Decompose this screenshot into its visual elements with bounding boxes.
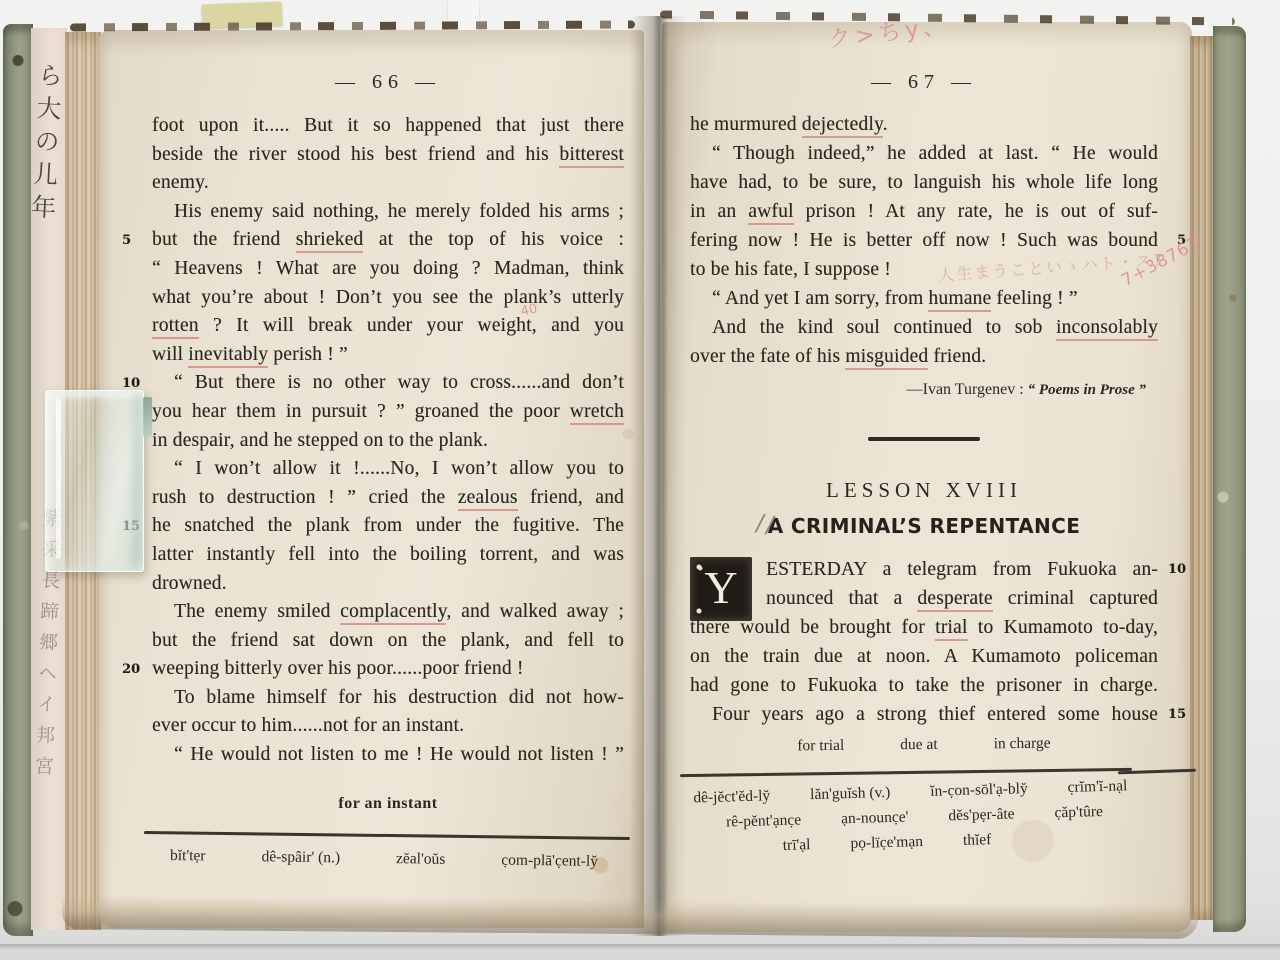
text-line: And the kind soul continued to sob incon…: [690, 313, 1158, 342]
margin-line-number: 20: [122, 663, 140, 676]
text-line: To blame himself for his destruction did…: [152, 684, 624, 713]
book-cover-right-edge: [1213, 26, 1246, 932]
vocab-word: pọ-lïc̣e'mạn: [850, 832, 923, 854]
section-divider: [868, 437, 980, 441]
vocab-word: bĭt'tẹr: [170, 846, 206, 866]
lesson-paragraph: Y ESTERDAY a telegram from Fukuoka an-10…: [690, 555, 1158, 729]
page-66-text: foot upon it..... But it so happened tha…: [152, 112, 624, 770]
red-underlined-word: inevitably: [188, 344, 268, 368]
margin-line-number: 10: [1168, 563, 1186, 576]
margin-line-number: 10: [122, 377, 140, 390]
text-line: fering now ! He is better off now ! Such…: [690, 226, 1158, 255]
page-66-content: — 66 — foot upon it..... But it so happe…: [152, 70, 624, 869]
red-underlined-word: rotten: [152, 315, 199, 339]
text-line: “ He would not listen to me ! He would n…: [152, 741, 624, 770]
page-67-content: — 67 — he murmured dejectedly.“ Though i…: [690, 70, 1158, 852]
vocab-word: thĭef: [963, 830, 992, 851]
red-underlined-word: zealous: [458, 487, 518, 511]
vocab-word: rê-pĕnt'ạnc̣e: [726, 810, 802, 832]
text-line: The enemy smiled complacently, and walke…: [152, 598, 624, 627]
text-line: Four years ago a strong thief entered so…: [690, 700, 1158, 729]
text-line: His enemy said nothing, he merely folded…: [152, 198, 624, 227]
table-shadow: [0, 944, 1280, 950]
text-line: but the friend shrieked at the top of hi…: [152, 226, 624, 255]
vocab-word: c̣rĭm'ĭ-nạl: [1067, 776, 1127, 798]
phrase-list: for trialdue atin charge: [690, 732, 1158, 757]
margin-line-number: 5: [122, 234, 131, 247]
lesson-label: LESSON XVIII: [690, 477, 1158, 503]
vocab-word: zĕal'oŭs: [396, 849, 446, 870]
page-67-number: — 67 —: [690, 70, 1158, 94]
text-line: latter instantly fell into the boiling t…: [152, 541, 624, 570]
text-line: “ I won’t allow it !......No, I won’t al…: [152, 455, 624, 484]
lesson-title: //A CRIMINAL’S REPENTANCE: [690, 513, 1158, 539]
text-line: over the fate of his misguided friend.: [690, 342, 1158, 371]
text-line: enemy.: [152, 169, 624, 198]
vocab-word: lăn'guĭsh (v.): [810, 782, 891, 804]
red-underlined-word: humane: [928, 288, 991, 312]
page-67-text: he murmured dejectedly.“ Though indeed,”…: [690, 110, 1158, 371]
text-line: had gone to Fukuoka to take the prisoner…: [690, 671, 1158, 700]
red-underlined-word: misguided: [845, 346, 928, 370]
red-underlined-word: trial: [935, 617, 967, 641]
text-line: what you’re about ! Don’t you see the pl…: [152, 284, 624, 313]
text-line: there would be brought for trial to Kuma…: [690, 613, 1158, 642]
text-line: nounced that a desperate criminal captur…: [690, 584, 1158, 613]
text-line: in despair, and he stepped on to the pla…: [152, 427, 624, 456]
lesson-text: ESTERDAY a telegram from Fukuoka an-10no…: [690, 555, 1158, 729]
text-line: drowned.: [152, 570, 624, 599]
text-line: will inevitably perish ! ”: [152, 341, 624, 370]
attribution-work-title: “ Poems in Prose ”: [1028, 382, 1146, 398]
text-line: but the friend sat down on the plank, an…: [152, 627, 624, 656]
glass-block: [45, 390, 144, 572]
text-line: he murmured dejectedly.: [690, 110, 1158, 139]
vocab-word: in charge: [994, 733, 1051, 754]
footnote-rule: [680, 767, 1132, 776]
vocab-word: ĭn-c̣on-sōl'ạ-bly̆: [930, 779, 1028, 802]
vocab-word: trī'ạl: [782, 835, 810, 856]
book-gutter: [630, 16, 686, 936]
vocab-word: dĕs'pẹr-âte: [948, 804, 1015, 826]
vocab-word: dê-jĕct'ĕd-ly̆: [693, 786, 770, 808]
text-line: rush to destruction ! ” cried the zealou…: [152, 484, 624, 513]
right-fore-edge-pages: [1190, 36, 1214, 920]
pencil-slashes-mark: //: [754, 509, 778, 538]
vocab-row: bĭt'tẹrdê-spâir' (n.)zĕal'oŭsc̣om-plā'c̣…: [152, 845, 624, 872]
book-photo: — 66 — foot upon it..... But it so happe…: [0, 0, 1280, 960]
vocab-word: dê-spâir' (n.): [261, 847, 340, 868]
text-line: “ But there is no other way to cross....…: [152, 369, 624, 398]
vocab-word: due at: [900, 734, 938, 754]
red-underlined-word: bitterest: [559, 144, 624, 168]
red-underlined-word: shrieked: [296, 229, 364, 253]
text-line: “ And yet I am sorry, from humane feelin…: [690, 284, 1158, 313]
red-underlined-word: inconsolably: [1056, 317, 1158, 341]
vocab-word: c̣ăp'tûre: [1054, 802, 1103, 823]
text-line: on the train due at noon. A Kumamoto pol…: [690, 642, 1158, 671]
vocab-block: dê-jĕct'ĕd-ly̆lăn'guĭsh (v.)ĭn-c̣on-sōl'…: [689, 775, 1159, 858]
margin-line-number: 15: [1168, 708, 1186, 721]
text-line: ever occur to him......not for an instan…: [152, 712, 624, 741]
text-line: in an awful prison ! At any rate, he is …: [690, 197, 1158, 226]
red-underlined-word: wretch: [570, 401, 624, 425]
text-line: you hear them in pursuit ? ” groaned the…: [152, 398, 624, 427]
red-underlined-word: complacently: [340, 601, 446, 625]
footnote-rule: [144, 831, 630, 840]
text-line: beside the river stood his best friend a…: [152, 141, 624, 170]
phrase-note: for an instant: [152, 794, 624, 814]
text-line: weeping bitterly over his poor......poor…: [152, 655, 624, 684]
vocab-word: ạn-nounc̣e': [841, 807, 909, 829]
text-line: he snatched the plank from under the fug…: [152, 512, 624, 541]
vocab-word: c̣om-plā'c̣ent-ly̆: [501, 850, 598, 871]
text-line: “ Heavens ! What are you doing ? Madman,…: [152, 255, 624, 284]
text-line: foot upon it..... But it so happened tha…: [152, 112, 624, 141]
red-underlined-word: awful: [748, 201, 793, 225]
text-line: “ Though indeed,” he added at last. “ He…: [690, 139, 1158, 168]
red-underlined-word: dejectedly: [802, 114, 883, 138]
text-line: have had, to be sure, to languish his wh…: [690, 168, 1158, 197]
red-underlined-word: desperate: [917, 588, 992, 612]
vocab-word: for trial: [797, 735, 844, 755]
page-66-number: — 66 —: [152, 70, 624, 94]
attribution: —Ivan Turgenev : “ Poems in Prose ”: [690, 379, 1158, 401]
attribution-author: —Ivan Turgenev :: [907, 381, 1028, 398]
text-line: rotten ? It will break under your weight…: [152, 312, 624, 341]
text-line: ESTERDAY a telegram from Fukuoka an-10: [690, 555, 1158, 584]
